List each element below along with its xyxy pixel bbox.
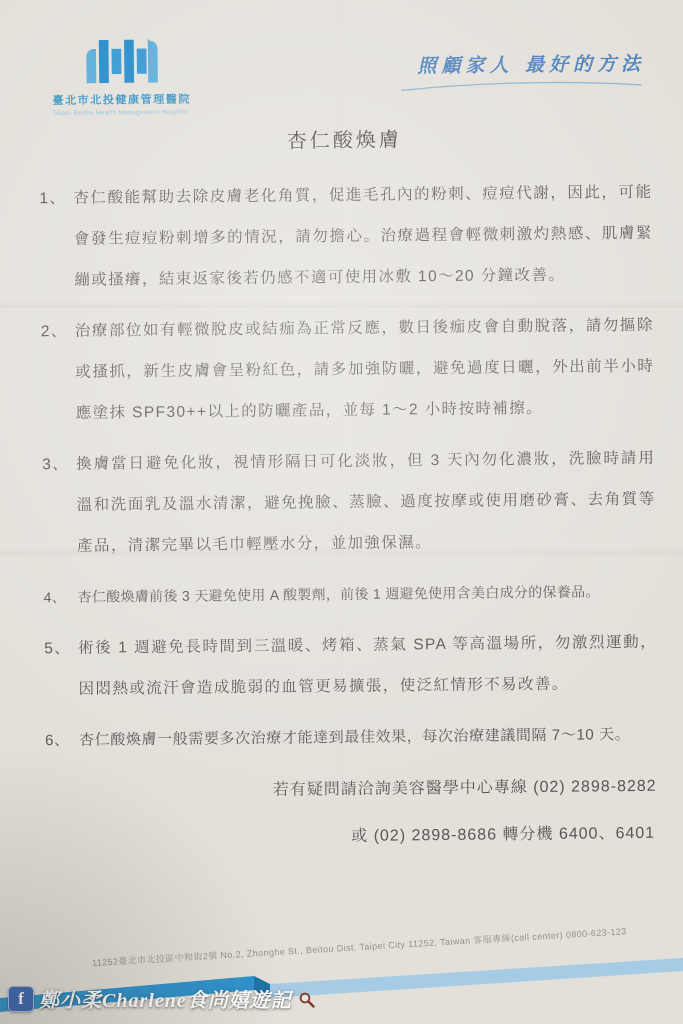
list-item: 3、 換膚當日避免化妝，視情形隔日可化淡妝，但 3 天內勿化濃妝，洗臉時請用溫和… — [40, 438, 656, 567]
footer-address: 11252臺北市北投區中和街2號 No.2, Zhonghe St., Beit… — [92, 924, 627, 969]
item-text: 治療部位如有輕微脫皮或結痂為正常反應，數日後痂皮會自動脫落，請勿摳除或搔抓，新生… — [75, 305, 655, 434]
item-number: 3、 — [42, 444, 69, 485]
slogan-text: 照顧家人 最好的方法 — [417, 53, 645, 77]
watermark: f 鄭小柔Charlene食尚嬉遊記 — [8, 984, 317, 1013]
item-number: 6、 — [45, 720, 70, 761]
list-item: 5、 術後 1 週避免長時間到三溫暖、烤箱、蒸氣 SPA 等高溫場所，勿激烈運動… — [42, 622, 658, 710]
list-item: 6、 杏仁酸煥膚一般需要多次治療才能達到最佳效果，每次治療建議間隔 7～10 天… — [43, 714, 658, 761]
facebook-icon: f — [8, 986, 34, 1012]
photographed-document: 臺北市北投健康管理醫院 Taipei Beitou Health Managem… — [0, 0, 683, 1024]
item-number: 4、 — [43, 577, 66, 618]
list-item: 1、 杏仁酸能幫助去除皮膚老化角質，促進毛孔內的粉刺、痘痘代謝，因此，可能會發生… — [37, 172, 653, 301]
watermark-text: 鄭小柔Charlene食尚嬉遊記 — [39, 984, 292, 1013]
slogan-underline — [397, 79, 645, 94]
item-text: 杏仁酸能幫助去除皮膚老化角質，促進毛孔內的粉刺、痘痘代謝，因此，可能會發生痘痘粉… — [73, 172, 653, 301]
hospital-logo-icon — [78, 38, 166, 85]
page-title: 杏仁酸煥膚 — [37, 121, 652, 156]
hospital-name-zh: 臺北市北投健康管理醫院 — [52, 91, 191, 108]
item-number: 5、 — [44, 628, 71, 669]
contact-line-1: 若有疑問請洽詢美容醫學中心專線 (02) 2898-8282 — [44, 773, 659, 802]
item-text: 換膚當日避免化妝，視情形隔日可化淡妝，但 3 天內勿化濃妝，洗臉時請用溫和洗面乳… — [76, 438, 656, 567]
slogan-block: 照顧家人 最好的方法 — [397, 49, 651, 94]
item-text: 杏仁酸煥膚一般需要多次治療才能達到最佳效果，每次治療建議間隔 7～10 天。 — [79, 714, 658, 761]
document-header: 臺北市北投健康管理醫院 Taipei Beitou Health Managem… — [36, 31, 652, 117]
item-text: 杏仁酸煥膚前後 3 天避免使用 A 酸製劑，前後 1 週避免使用含美白成分的保養… — [77, 571, 656, 618]
contact-block: 若有疑問請洽詢美容醫學中心專線 (02) 2898-8282 或 (02) 28… — [44, 773, 660, 849]
contact-line-2: 或 (02) 2898-8686 轉分機 6400、6401 — [44, 820, 659, 849]
item-number: 2、 — [41, 311, 68, 352]
list-item: 4、 杏仁酸煥膚前後 3 天避免使用 A 酸製劑，前後 1 週避免使用含美白成分… — [41, 571, 656, 618]
item-number: 1、 — [39, 178, 66, 219]
hospital-name-en: Taipei Beitou Health Management Hospital — [53, 109, 192, 117]
magnifier-icon — [297, 989, 317, 1009]
document-body: 臺北市北投健康管理醫院 Taipei Beitou Health Managem… — [36, 31, 659, 849]
hospital-logo: 臺北市北投健康管理醫院 Taipei Beitou Health Managem… — [52, 36, 191, 117]
list-item: 2、 治療部位如有輕微脫皮或結痂為正常反應，數日後痂皮會自動脫落，請勿摳除或搔抓… — [39, 305, 655, 434]
item-text: 術後 1 週避免長時間到三溫暖、烤箱、蒸氣 SPA 等高溫場所，勿激烈運動，因悶… — [78, 622, 658, 710]
instruction-list: 1、 杏仁酸能幫助去除皮膚老化角質，促進毛孔內的粉刺、痘痘代謝，因此，可能會發生… — [37, 172, 658, 761]
